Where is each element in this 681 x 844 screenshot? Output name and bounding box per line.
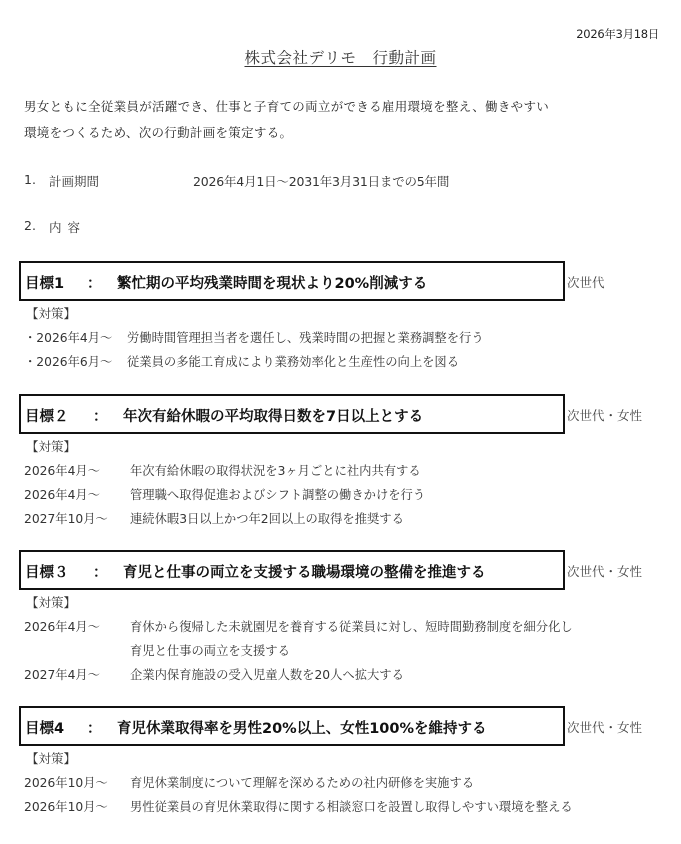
section-1-label: 計画期間 [49,172,99,190]
goal-3-label: 目標３ [25,561,93,582]
goal-2-text: 年次有給休暇の平均取得日数を7日以上とする [123,409,423,425]
goal-1-tag: 次世代 [567,273,605,291]
page-title-text: 株式会社デリモ 行動計画 [244,49,436,67]
goal-3-measures-heading: 【対策】 [26,593,76,611]
measure-date: 2027年4月～ [24,665,100,683]
measure-text: 連続休暇3日以上かつ年2回以上の取得を推奨する [130,509,404,527]
goal-1-text: 繁忙期の平均残業時間を現状より20%削減する [117,276,427,292]
goal-1-colon: ： [87,272,117,293]
measure-date: 2026年10月～ [24,797,108,815]
section-2-label: 内容 [49,218,86,236]
goal-4-tag: 次世代・女性 [567,718,642,736]
goal-2-heading: 目標２：年次有給休暇の平均取得日数を7日以上とする [25,405,423,426]
goal-3-heading: 目標３：育児と仕事の両立を支援する職場環境の整備を推進する [25,561,486,582]
goal-3-tag: 次世代・女性 [567,562,642,580]
intro-line-1: 男女ともに全従業員が活躍でき、仕事と子育ての両立ができる雇用環境を整え、働きやす… [24,97,549,115]
measure-text: 企業内保育施設の受入児童人数を20人へ拡大する [130,665,404,683]
goal-2-colon: ： [93,405,123,426]
measure-text: 育児休業制度について理解を深めるための社内研修を実施する [130,773,474,791]
goal-4-measures-heading: 【対策】 [26,749,76,767]
goal-4-colon: ： [87,717,117,738]
plan-period-value: 2026年4月1日～2031年3月31日までの5年間 [193,172,449,190]
intro-line-2: 環境をつくるため、次の行動計画を策定する。 [24,123,292,141]
measure-date: 2027年10月～ [24,509,108,527]
goal-4-label: 目標4 [25,717,87,738]
measure-text: 年次有給休暇の取得状況を3ヶ月ごとに社内共有する [130,461,421,479]
goal-1-box: 目標1：繁忙期の平均残業時間を現状より20%削減する [19,261,565,301]
measure-date: ・2026年6月～ [24,352,112,370]
goal-2-measures-heading: 【対策】 [26,437,76,455]
goal-2-label: 目標２ [25,405,93,426]
measure-text: 従業員の多能工育成により業務効率化と生産性の向上を図る [127,352,459,370]
goal-3-text: 育児と仕事の両立を支援する職場環境の整備を推進する [123,565,486,581]
measure-date: 2026年10月～ [24,773,108,791]
goal-1-label: 目標1 [25,272,87,293]
goal-4-heading: 目標4：育児休業取得率を男性20%以上、女性100%を維持する [25,717,487,738]
measure-text: 労働時間管理担当者を選任し、残業時間の把握と業務調整を行う [127,328,484,346]
goal-2-box: 目標２：年次有給休暇の平均取得日数を7日以上とする [19,394,565,434]
goal-4-box: 目標4：育児休業取得率を男性20%以上、女性100%を維持する [19,706,565,746]
measure-date: 2026年4月～ [24,461,100,479]
measure-date: ・2026年4月～ [24,328,112,346]
goal-1-measures-heading: 【対策】 [26,304,76,322]
measure-text: 育休から復帰した未就園児を養育する従業員に対し、短時間勤務制度を細分化し [130,617,573,635]
goal-4-text: 育児休業取得率を男性20%以上、女性100%を維持する [117,721,487,737]
goal-3-colon: ： [93,561,123,582]
measure-text: 男性従業員の育児休業取得に関する相談窓口を設置し取得しやすい環境を整える [130,797,573,815]
goal-3-box: 目標３：育児と仕事の両立を支援する職場環境の整備を推進する [19,550,565,590]
section-2-number: 2. [24,218,36,233]
document-date: 2026年3月18日 [576,26,659,42]
measure-text-continued: 育児と仕事の両立を支援する [130,641,290,659]
measure-date: 2026年4月～ [24,485,100,503]
measure-text: 管理職へ取得促進およびシフト調整の働きかけを行う [130,485,425,503]
goal-1-heading: 目標1：繁忙期の平均残業時間を現状より20%削減する [25,272,427,293]
goal-2-tag: 次世代・女性 [567,406,642,424]
page-title: 株式会社デリモ 行動計画 [0,46,681,68]
section-1-number: 1. [24,172,36,187]
measure-date: 2026年4月～ [24,617,100,635]
